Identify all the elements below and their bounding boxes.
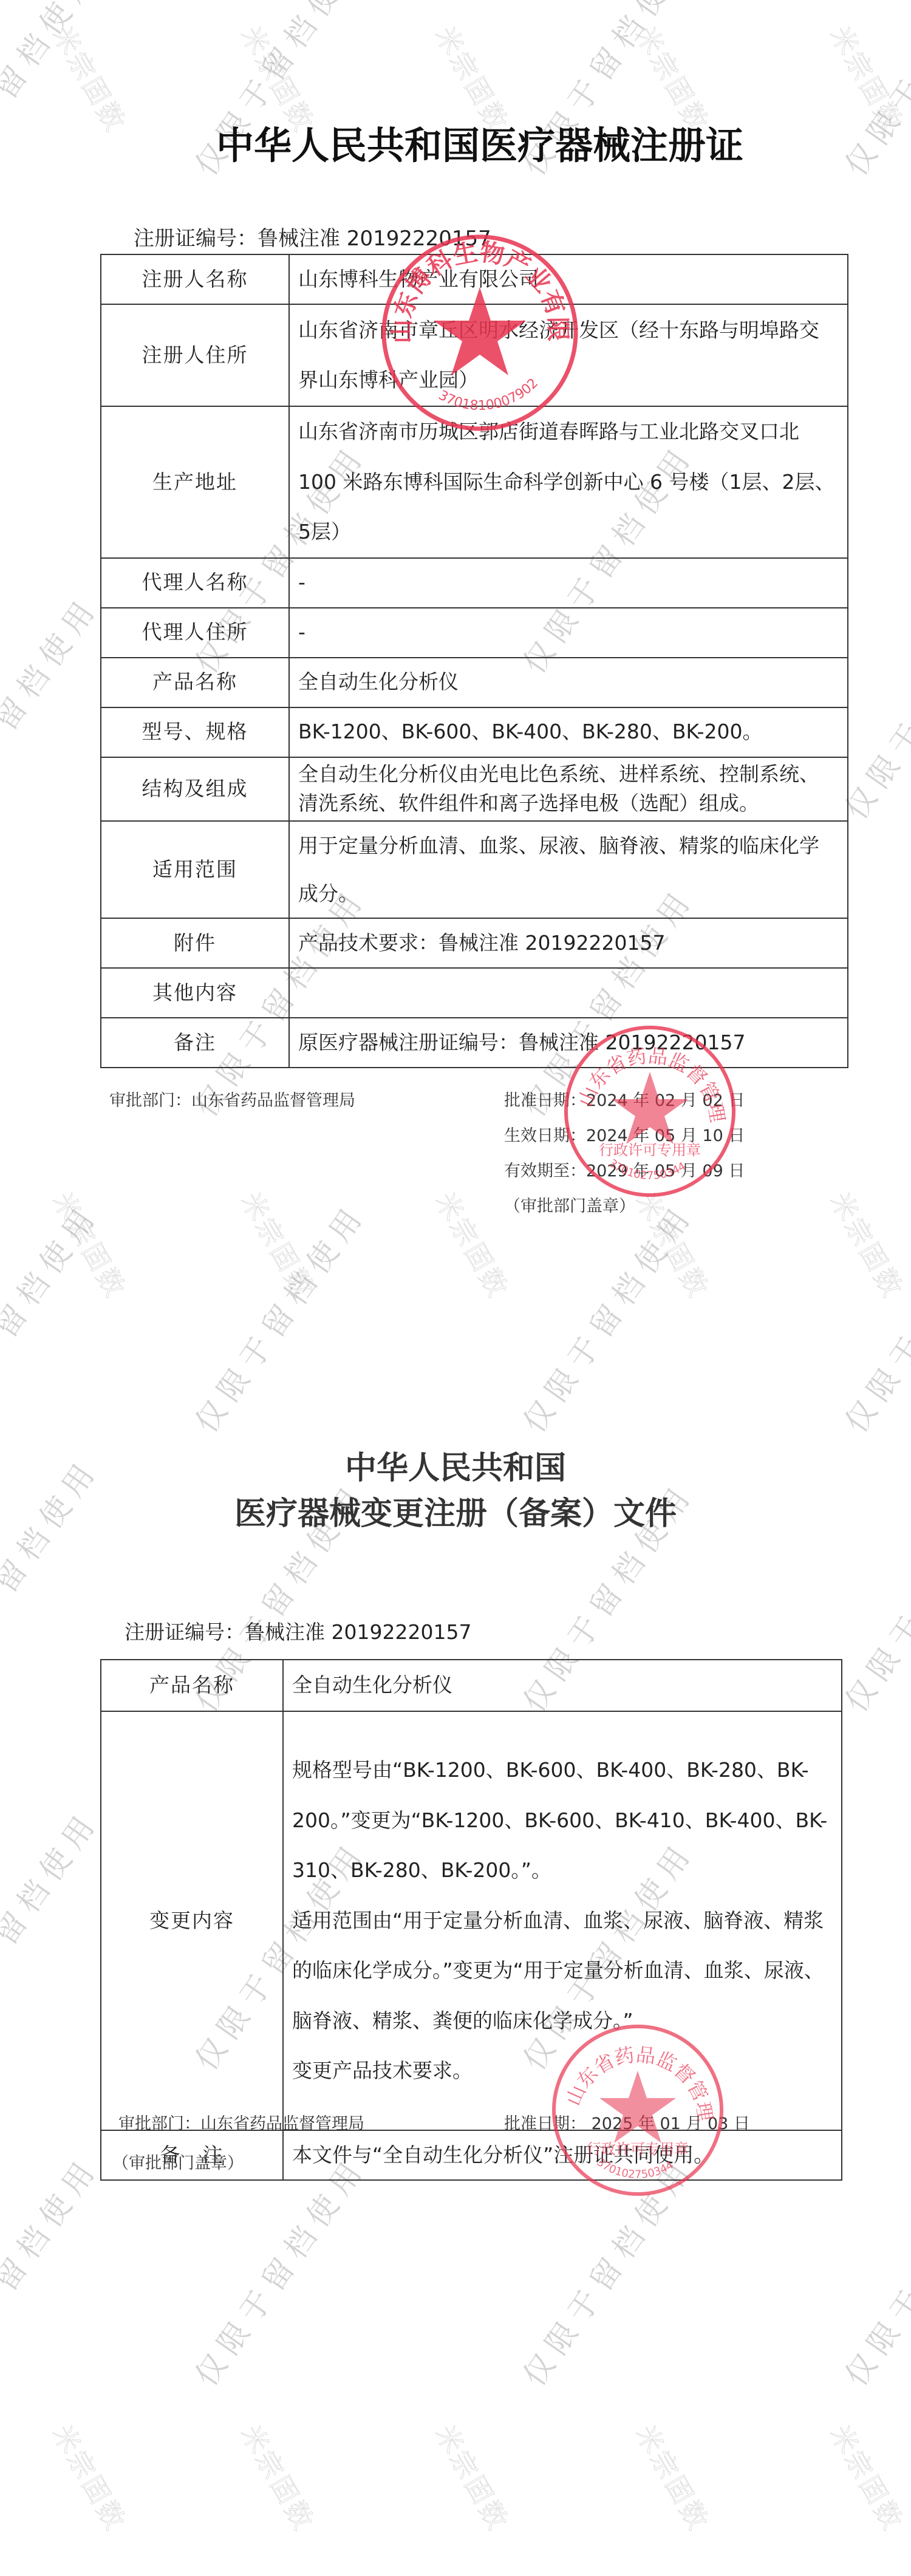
- table-row: 备注 原医疗器械注册证编号：鲁械注准 20192220157: [101, 1018, 848, 1068]
- registration-number: 注册证编号：鲁械注准 20192220157: [134, 222, 491, 251]
- change-paragraph-scope: 适用范围由“用于定量分析血清、血浆、尿液、脑脊液、精浆的临床化学成分。”变更为“…: [292, 1896, 833, 2046]
- row-label: 代理人名称: [101, 558, 289, 608]
- table-row: 代理人名称 -: [101, 558, 848, 608]
- certificate-title: 中华人民共和国医疗器械注册证: [0, 115, 911, 169]
- registration-number-value: 鲁械注准 20192220157: [258, 227, 491, 251]
- row-value: 山东省济南市章丘区明水经济开发区（经十东路与明埠路交界山东博科产业园）: [289, 304, 848, 406]
- table-row: 注册人住所 山东省济南市章丘区明水经济开发区（经十东路与明埠路交界山东博科产业园…: [101, 304, 848, 406]
- table-row: 其他内容: [101, 968, 848, 1018]
- row-value: 用于定量分析血清、血浆、尿液、脑脊液、精浆的临床化学成分。: [289, 821, 848, 918]
- row-label: 备注: [101, 1018, 289, 1068]
- row-value: 本文件与“全自动生化分析仪”注册证共同使用。: [283, 2130, 842, 2180]
- row-value: 原医疗器械注册证编号：鲁械注准 20192220157: [289, 1018, 848, 1068]
- registration-number-value: 鲁械注准 20192220157: [245, 1620, 471, 1644]
- row-label: 注册人住所: [101, 304, 289, 406]
- approval-date: 批准日期：2024 年 02 月 02 日: [504, 1087, 745, 1111]
- approval-date: 批准日期： 2025 年 01 月 03 日: [504, 2110, 750, 2134]
- change-registration-document: 中华人民共和国 医疗器械变更注册（备案）文件 注册证编号：鲁械注准 201922…: [0, 1397, 911, 2550]
- row-label: 结构及组成: [101, 757, 289, 821]
- table-row: 适用范围 用于定量分析血清、血浆、尿液、脑脊液、精浆的临床化学成分。: [101, 821, 848, 918]
- row-value: 全自动生化分析仪: [289, 658, 848, 707]
- seal-note: （审批部门盖章）: [504, 1193, 635, 1216]
- row-value: 全自动生化分析仪: [283, 1660, 842, 1711]
- seal-note: （审批部门盖章）: [112, 2150, 244, 2173]
- approval-authority: 审批部门：山东省药品监督管理局: [109, 1087, 355, 1111]
- table-row: 变更内容 规格型号由“BK-1200、BK-600、BK-400、BK-280、…: [101, 1711, 842, 2130]
- row-label: 产品名称: [101, 658, 289, 707]
- row-label: 产品名称: [101, 1660, 283, 1711]
- row-label: 注册人名称: [101, 254, 289, 304]
- row-value: 全自动生化分析仪由光电比色系统、进样系统、控制系统、清洗系统、软件组件和离子选择…: [289, 757, 848, 821]
- registration-certificate: 中华人民共和国医疗器械注册证 注册证编号：鲁械注准 20192220157 注册…: [0, 0, 911, 1275]
- registration-number-label: 注册证编号：: [125, 1620, 245, 1644]
- table-row: 结构及组成 全自动生化分析仪由光电比色系统、进样系统、控制系统、清洗系统、软件组…: [101, 757, 848, 821]
- row-value: 山东省济南市历城区郭店街道春晖路与工业北路交叉口北 100 米路东博科国际生命科…: [289, 406, 848, 558]
- row-label: 变更内容: [101, 1711, 283, 2130]
- effective-date: 生效日期：2024 年 05 月 10 日: [504, 1122, 745, 1146]
- row-value-change-content: 规格型号由“BK-1200、BK-600、BK-400、BK-280、BK-20…: [283, 1711, 842, 2130]
- row-value: BK-1200、BK-600、BK-400、BK-280、BK-200。: [289, 707, 848, 757]
- valid-until-date: 有效期至：2029 年 05 月 09 日: [504, 1157, 745, 1181]
- table-row: 生产地址 山东省济南市历城区郭店街道春晖路与工业北路交叉口北 100 米路东博科…: [101, 406, 848, 558]
- change-doc-title-line2: 医疗器械变更注册（备案）文件: [0, 1488, 911, 1533]
- table-row: 型号、规格 BK-1200、BK-600、BK-400、BK-280、BK-20…: [101, 707, 848, 757]
- change-doc-title-line1: 中华人民共和国: [0, 1442, 911, 1488]
- certificate-table: 注册人名称 山东博科生物产业有限公司 注册人住所 山东省济南市章丘区明水经济开发…: [100, 254, 848, 1068]
- row-value: 产品技术要求：鲁械注准 20192220157: [289, 918, 848, 968]
- table-row: 注册人名称 山东博科生物产业有限公司: [101, 254, 848, 304]
- registration-number: 注册证编号：鲁械注准 20192220157: [125, 1617, 471, 1645]
- registration-number-label: 注册证编号：: [134, 227, 258, 251]
- table-row: 附件 产品技术要求：鲁械注准 20192220157: [101, 918, 848, 968]
- row-value: -: [289, 608, 848, 658]
- row-label: 其他内容: [101, 968, 289, 1018]
- row-label: 适用范围: [101, 821, 289, 918]
- row-label: 生产地址: [101, 406, 289, 558]
- row-label: 代理人住所: [101, 608, 289, 658]
- row-value: -: [289, 558, 848, 608]
- row-value: [289, 968, 848, 1018]
- table-row: 产品名称 全自动生化分析仪: [101, 1660, 842, 1711]
- change-paragraph-models: 规格型号由“BK-1200、BK-600、BK-400、BK-280、BK-20…: [292, 1745, 833, 1896]
- change-paragraph-tech-req: 变更产品技术要求。: [292, 2046, 833, 2096]
- table-row: 代理人住所 -: [101, 608, 848, 658]
- row-label: 型号、规格: [101, 707, 289, 757]
- change-doc-table: 产品名称 全自动生化分析仪 变更内容 规格型号由“BK-1200、BK-600、…: [100, 1659, 842, 2181]
- approval-authority: 审批部门：山东省药品监督管理局: [118, 2110, 364, 2134]
- row-value: 山东博科生物产业有限公司: [289, 254, 848, 304]
- row-label: 附件: [101, 918, 289, 968]
- table-row: 产品名称 全自动生化分析仪: [101, 658, 848, 707]
